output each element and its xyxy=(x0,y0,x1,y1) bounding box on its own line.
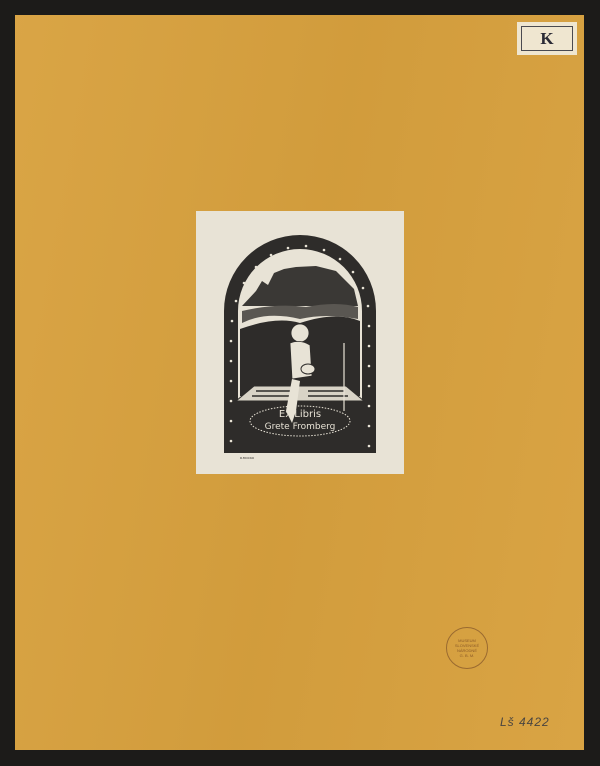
museum-stamp: MUSEUM SLOVENSKÉ NÁRODNÉ G. B. M. xyxy=(446,627,488,669)
inventory-number: Lš 4422 xyxy=(500,715,550,729)
bookplate: Ex Libris Grete Fromberg R.MOCKO xyxy=(196,211,404,474)
bookplate-illustration: Ex Libris Grete Fromberg R.MOCKO xyxy=(196,211,404,474)
artist-mark: R.MOCKO xyxy=(240,456,255,460)
bookplate-line2: Grete Fromberg xyxy=(265,422,336,432)
mounting-card: K Ex Libris xyxy=(15,15,584,750)
bookplate-line1: Ex Libris xyxy=(279,409,321,420)
stamp-line: G. B. M. xyxy=(460,653,475,658)
archive-letter: K xyxy=(521,26,573,51)
archive-label: K xyxy=(517,22,577,55)
